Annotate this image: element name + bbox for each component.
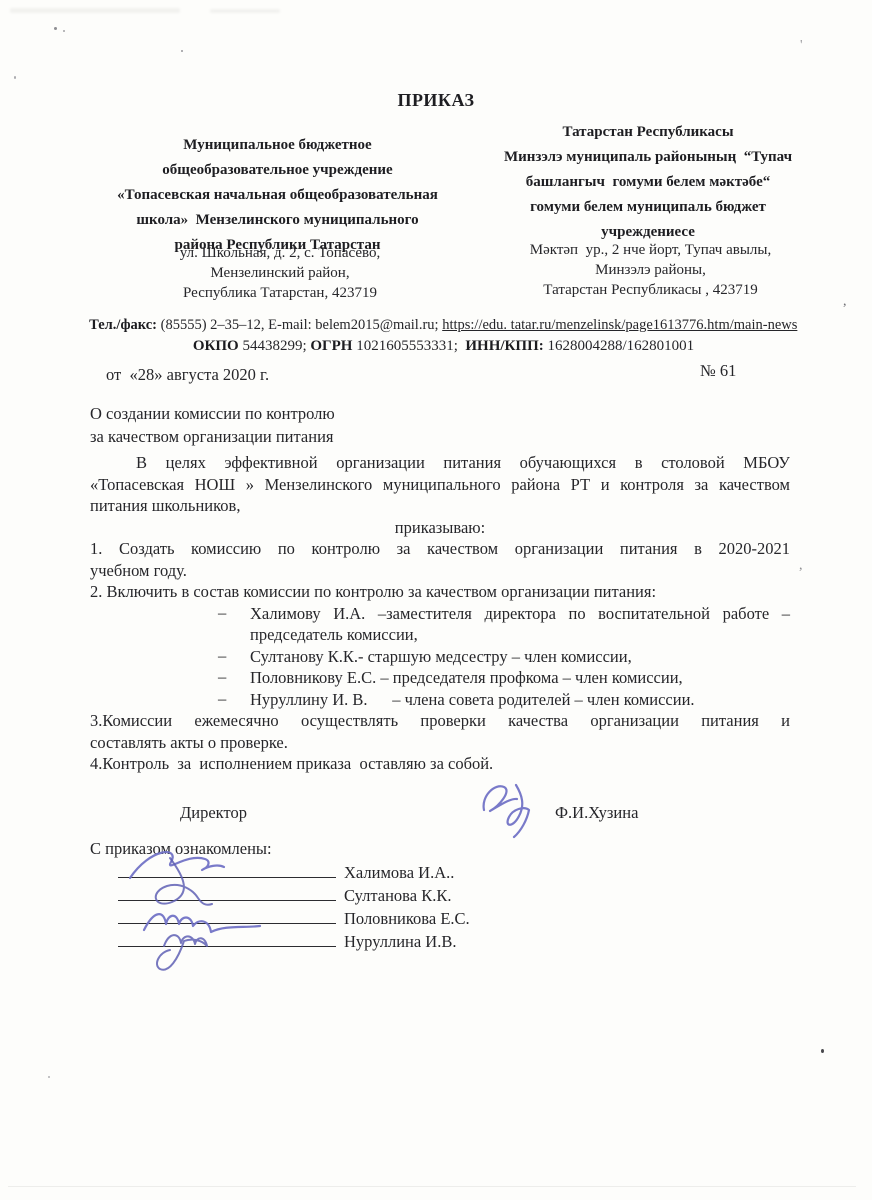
- addr-tt-line: Минзэлэ районы,: [478, 260, 823, 280]
- org-ru-line: общеобразовательное учреждение: [95, 158, 460, 183]
- order-subject: О создании комиссии по контролю за качес…: [90, 403, 510, 448]
- member-line: председатель комиссии,: [250, 624, 790, 646]
- scanned-order-document: ПРИКАЗ Муниципальное бюджетное общеобраз…: [0, 0, 872, 1200]
- addr-tt-line: Мәктәп ур., 2 нче йорт, Тупач авылы,: [478, 240, 823, 260]
- signature-block: Директор Ф.И.Хузина: [90, 803, 790, 823]
- signer-name: Ф.И.Хузина: [555, 803, 638, 823]
- stray-mark: ': [800, 38, 803, 54]
- item-3-line: 3.Комиссии ежемесячно осуществлять прове…: [90, 710, 790, 732]
- dash-marker: –: [218, 689, 226, 709]
- stray-mark: ,: [843, 294, 847, 310]
- scan-speck: [54, 27, 57, 30]
- subject-line: О создании комиссии по контролю: [90, 403, 510, 426]
- item-1-line: учебном году.: [90, 560, 790, 582]
- date-number-row: от «28» августа 2020 г. № 61: [90, 365, 790, 385]
- order-word: приказываю:: [90, 517, 790, 539]
- intro-line: питания школьников,: [90, 495, 790, 517]
- order-number: № 61: [700, 361, 736, 381]
- intro-line: «Топасевская НОШ » Мензелинского муницип…: [90, 474, 790, 496]
- addr-ru-line: ул. Школьная, д. 2, с. Топасево,: [120, 243, 440, 263]
- org-name-russian: Муниципальное бюджетное общеобразователь…: [95, 133, 460, 258]
- item-2: 2. Включить в состав комиссии по контрол…: [90, 581, 790, 603]
- addr-ru-line: Мензелинский район,: [120, 263, 440, 283]
- address-russian: ул. Школьная, д. 2, с. Топасево, Мензели…: [120, 243, 440, 303]
- commission-member-item: – Половникову Е.С. – председателя профко…: [90, 667, 790, 689]
- director-signature-ink: [476, 776, 548, 840]
- scan-edge-line: [8, 1186, 856, 1187]
- dash-marker: –: [218, 646, 226, 666]
- item-4: 4.Контроль за исполнением приказа оставл…: [90, 753, 790, 775]
- org-ru-line: школа» Мензелинского муниципального: [95, 208, 460, 233]
- org-name-tatar: Татарстан Республикасы Минзэлэ муниципал…: [468, 120, 828, 245]
- scan-speck: [48, 1076, 50, 1078]
- document-title: ПРИКАЗ: [0, 90, 872, 111]
- item-1-line: 1. Создать комиссию по контролю за качес…: [90, 538, 790, 560]
- item-3-line: составлять акты о проверке.: [90, 732, 790, 754]
- dash-marker: –: [218, 667, 226, 687]
- addr-tt-line: Татарстан Республикасы , 423719: [478, 280, 823, 300]
- org-tt-line: башлангыч гомуми белем мәктәбе“: [468, 170, 828, 195]
- subject-line: за качеством организации питания: [90, 426, 510, 449]
- org-tt-line: гомуми белем муниципаль бюджет: [468, 195, 828, 220]
- dash-marker: –: [218, 603, 226, 623]
- org-tt-line: Татарстан Республикасы: [468, 120, 828, 145]
- scan-speck: [14, 76, 16, 79]
- stray-mark: ,: [799, 558, 803, 574]
- order-date: от «28» августа 2020 г.: [106, 365, 269, 384]
- order-body: В целях эффективной организации питания …: [90, 452, 790, 775]
- inn-kpp-value: 1628004288/162801001: [544, 338, 694, 354]
- okpo-value: 54438299;: [239, 338, 311, 354]
- ogrn-label: ОГРН: [310, 338, 352, 354]
- scan-speck: [181, 50, 183, 52]
- org-tt-line: Минзэлэ муниципаль районының “Тупач: [468, 145, 828, 170]
- commission-member-item: – Султанову К.К.- старшую медсестру – чл…: [90, 646, 790, 668]
- scan-smudge: [210, 9, 280, 13]
- org-ru-line: Муниципальное бюджетное: [95, 133, 460, 158]
- scan-speck: [63, 30, 65, 32]
- address-tatar: Мәктәп ур., 2 нче йорт, Тупач авылы, Мин…: [478, 240, 823, 300]
- signer-role: Директор: [180, 803, 247, 822]
- member-line: Половникову Е.С. – председателя профкома…: [250, 667, 790, 689]
- acknowledgment-signatures-ink: [108, 840, 368, 980]
- inn-kpp-label: ИНН/КПП:: [465, 338, 543, 354]
- member-line: Халимову И.А. –заместителя директора по …: [250, 603, 790, 625]
- intro-line: В целях эффективной организации питания …: [90, 452, 790, 474]
- member-line: Султанову К.К.- старшую медсестру – член…: [250, 646, 790, 668]
- ogrn-value: 1021605553331;: [352, 338, 465, 354]
- scan-speck: [821, 1049, 824, 1053]
- commission-member-item: – Нуруллину И. В. – члена совета родител…: [90, 689, 790, 711]
- member-line: Нуруллину И. В. – члена совета родителей…: [250, 689, 790, 711]
- org-ru-line: «Топасевская начальная общеобразовательн…: [95, 183, 460, 208]
- scan-smudge: [10, 8, 180, 13]
- commission-member-item: – Халимову И.А. –заместителя директора п…: [90, 603, 790, 646]
- okpo-label: ОКПО: [193, 338, 239, 354]
